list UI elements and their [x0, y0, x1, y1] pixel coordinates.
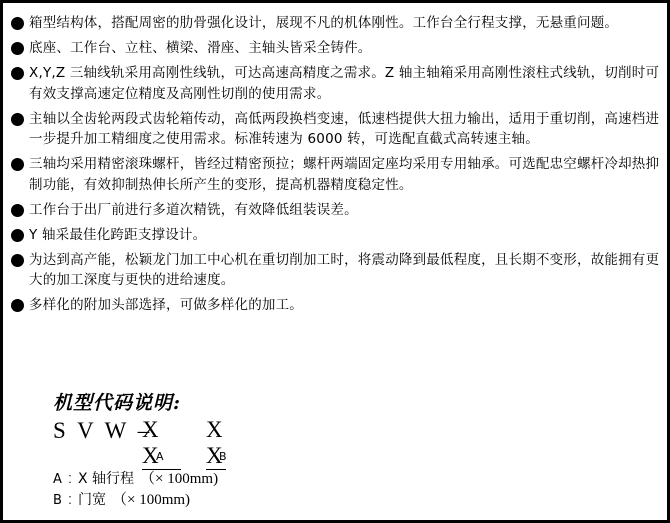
feature-item: 多样化的附加头部选择，可做多样化的加工。 [11, 295, 663, 316]
bullet-icon [11, 254, 24, 267]
bullet-icon [11, 204, 24, 217]
feature-list: 箱型结构体，搭配周密的肋骨强化设计，展现不凡的机体刚性。工作台全行程支撑，无悬重… [11, 13, 663, 320]
colon-icon: ⁚ [66, 473, 74, 487]
feature-text: X,Y,Z 三轴线轨采用高刚性线轨，可达高速高精度之需求。Z 轴主轴箱采用高刚性… [29, 65, 659, 102]
feature-text: 工作台于出厂前进行多道次精铣，有效降低组装误差。 [29, 202, 358, 218]
legend-key: A [53, 469, 66, 490]
model-code-prefix: S V W – [53, 417, 152, 445]
feature-item: 箱型结构体，搭配周密的肋骨强化设计，展现不凡的机体刚性。工作台全行程支撑，无悬重… [11, 13, 663, 34]
model-code-section: 机型代码说明: S V W – X X X X A B A ⁚ X 轴行程 （×… [53, 391, 181, 447]
feature-text: 箱型结构体，搭配周密的肋骨强化设计，展现不凡的机体刚性。工作台全行程支撑，无悬重… [29, 15, 618, 31]
legend-unit: （× 100mm) [140, 469, 218, 490]
feature-text: 底座、工作台、立柱、横梁、滑座、主轴头皆采全铸件。 [29, 40, 372, 56]
model-code-pattern: S V W – X X X X A B [53, 417, 181, 447]
bullet-icon [11, 299, 24, 312]
bullet-icon [11, 67, 24, 80]
model-code-title: 机型代码说明: [53, 391, 181, 415]
feature-item: X,Y,Z 三轴线轨采用高刚性线轨，可达高速高精度之需求。Z 轴主轴箱采用高刚性… [11, 63, 663, 104]
feature-item: 主轴以全齿轮两段式齿轮箱传动，高低两段换档变速，低速档提供大扭力输出，适用于重切… [11, 109, 663, 150]
legend-desc: X 轴行程 [78, 469, 134, 490]
feature-text: Y 轴采最佳化跨距支撑设计。 [29, 227, 206, 243]
legend-desc: 门宽 [78, 490, 106, 511]
feature-item: Y 轴采最佳化跨距支撑设计。 [11, 225, 663, 246]
bullet-icon [11, 158, 24, 171]
legend-row-a: A ⁚ X 轴行程 （× 100mm) [53, 469, 218, 490]
bullet-icon [11, 17, 24, 30]
bullet-icon [11, 229, 24, 242]
bullet-icon [11, 42, 24, 55]
feature-item: 三轴均采用精密滚珠螺杆，皆经过精密预拉；螺杆两端固定座均采用专用轴承。可选配忠空… [11, 154, 663, 195]
legend-key: B [53, 490, 66, 511]
feature-text: 为达到高产能，松颖龙门加工中心机在重切削加工时，将震动降到最低程度，且长期不变形… [29, 252, 659, 289]
legend-unit: （× 100mm) [112, 490, 190, 511]
bullet-icon [11, 113, 24, 126]
feature-text: 主轴以全齿轮两段式齿轮箱传动，高低两段换档变速，低速档提供大扭力输出，适用于重切… [29, 111, 659, 148]
segment-a-label: A [156, 451, 164, 463]
model-code-legend: A ⁚ X 轴行程 （× 100mm) B ⁚ 门宽 （× 100mm) [53, 469, 218, 511]
spec-document: 箱型结构体，搭配周密的肋骨强化设计，展现不凡的机体刚性。工作台全行程支撑，无悬重… [0, 0, 670, 523]
feature-item: 底座、工作台、立柱、横梁、滑座、主轴头皆采全铸件。 [11, 38, 663, 59]
colon-icon: ⁚ [66, 494, 74, 508]
feature-text: 三轴均采用精密滚珠螺杆，皆经过精密预拉；螺杆两端固定座均采用专用轴承。可选配忠空… [29, 156, 659, 193]
feature-item: 工作台于出厂前进行多道次精铣，有效降低组装误差。 [11, 200, 663, 221]
legend-row-b: B ⁚ 门宽 （× 100mm) [53, 490, 218, 511]
feature-text: 多样化的附加头部选择，可做多样化的加工。 [29, 297, 303, 313]
feature-item: 为达到高产能，松颖龙门加工中心机在重切削加工时，将震动降到最低程度，且长期不变形… [11, 250, 663, 291]
segment-b-label: B [219, 451, 227, 463]
